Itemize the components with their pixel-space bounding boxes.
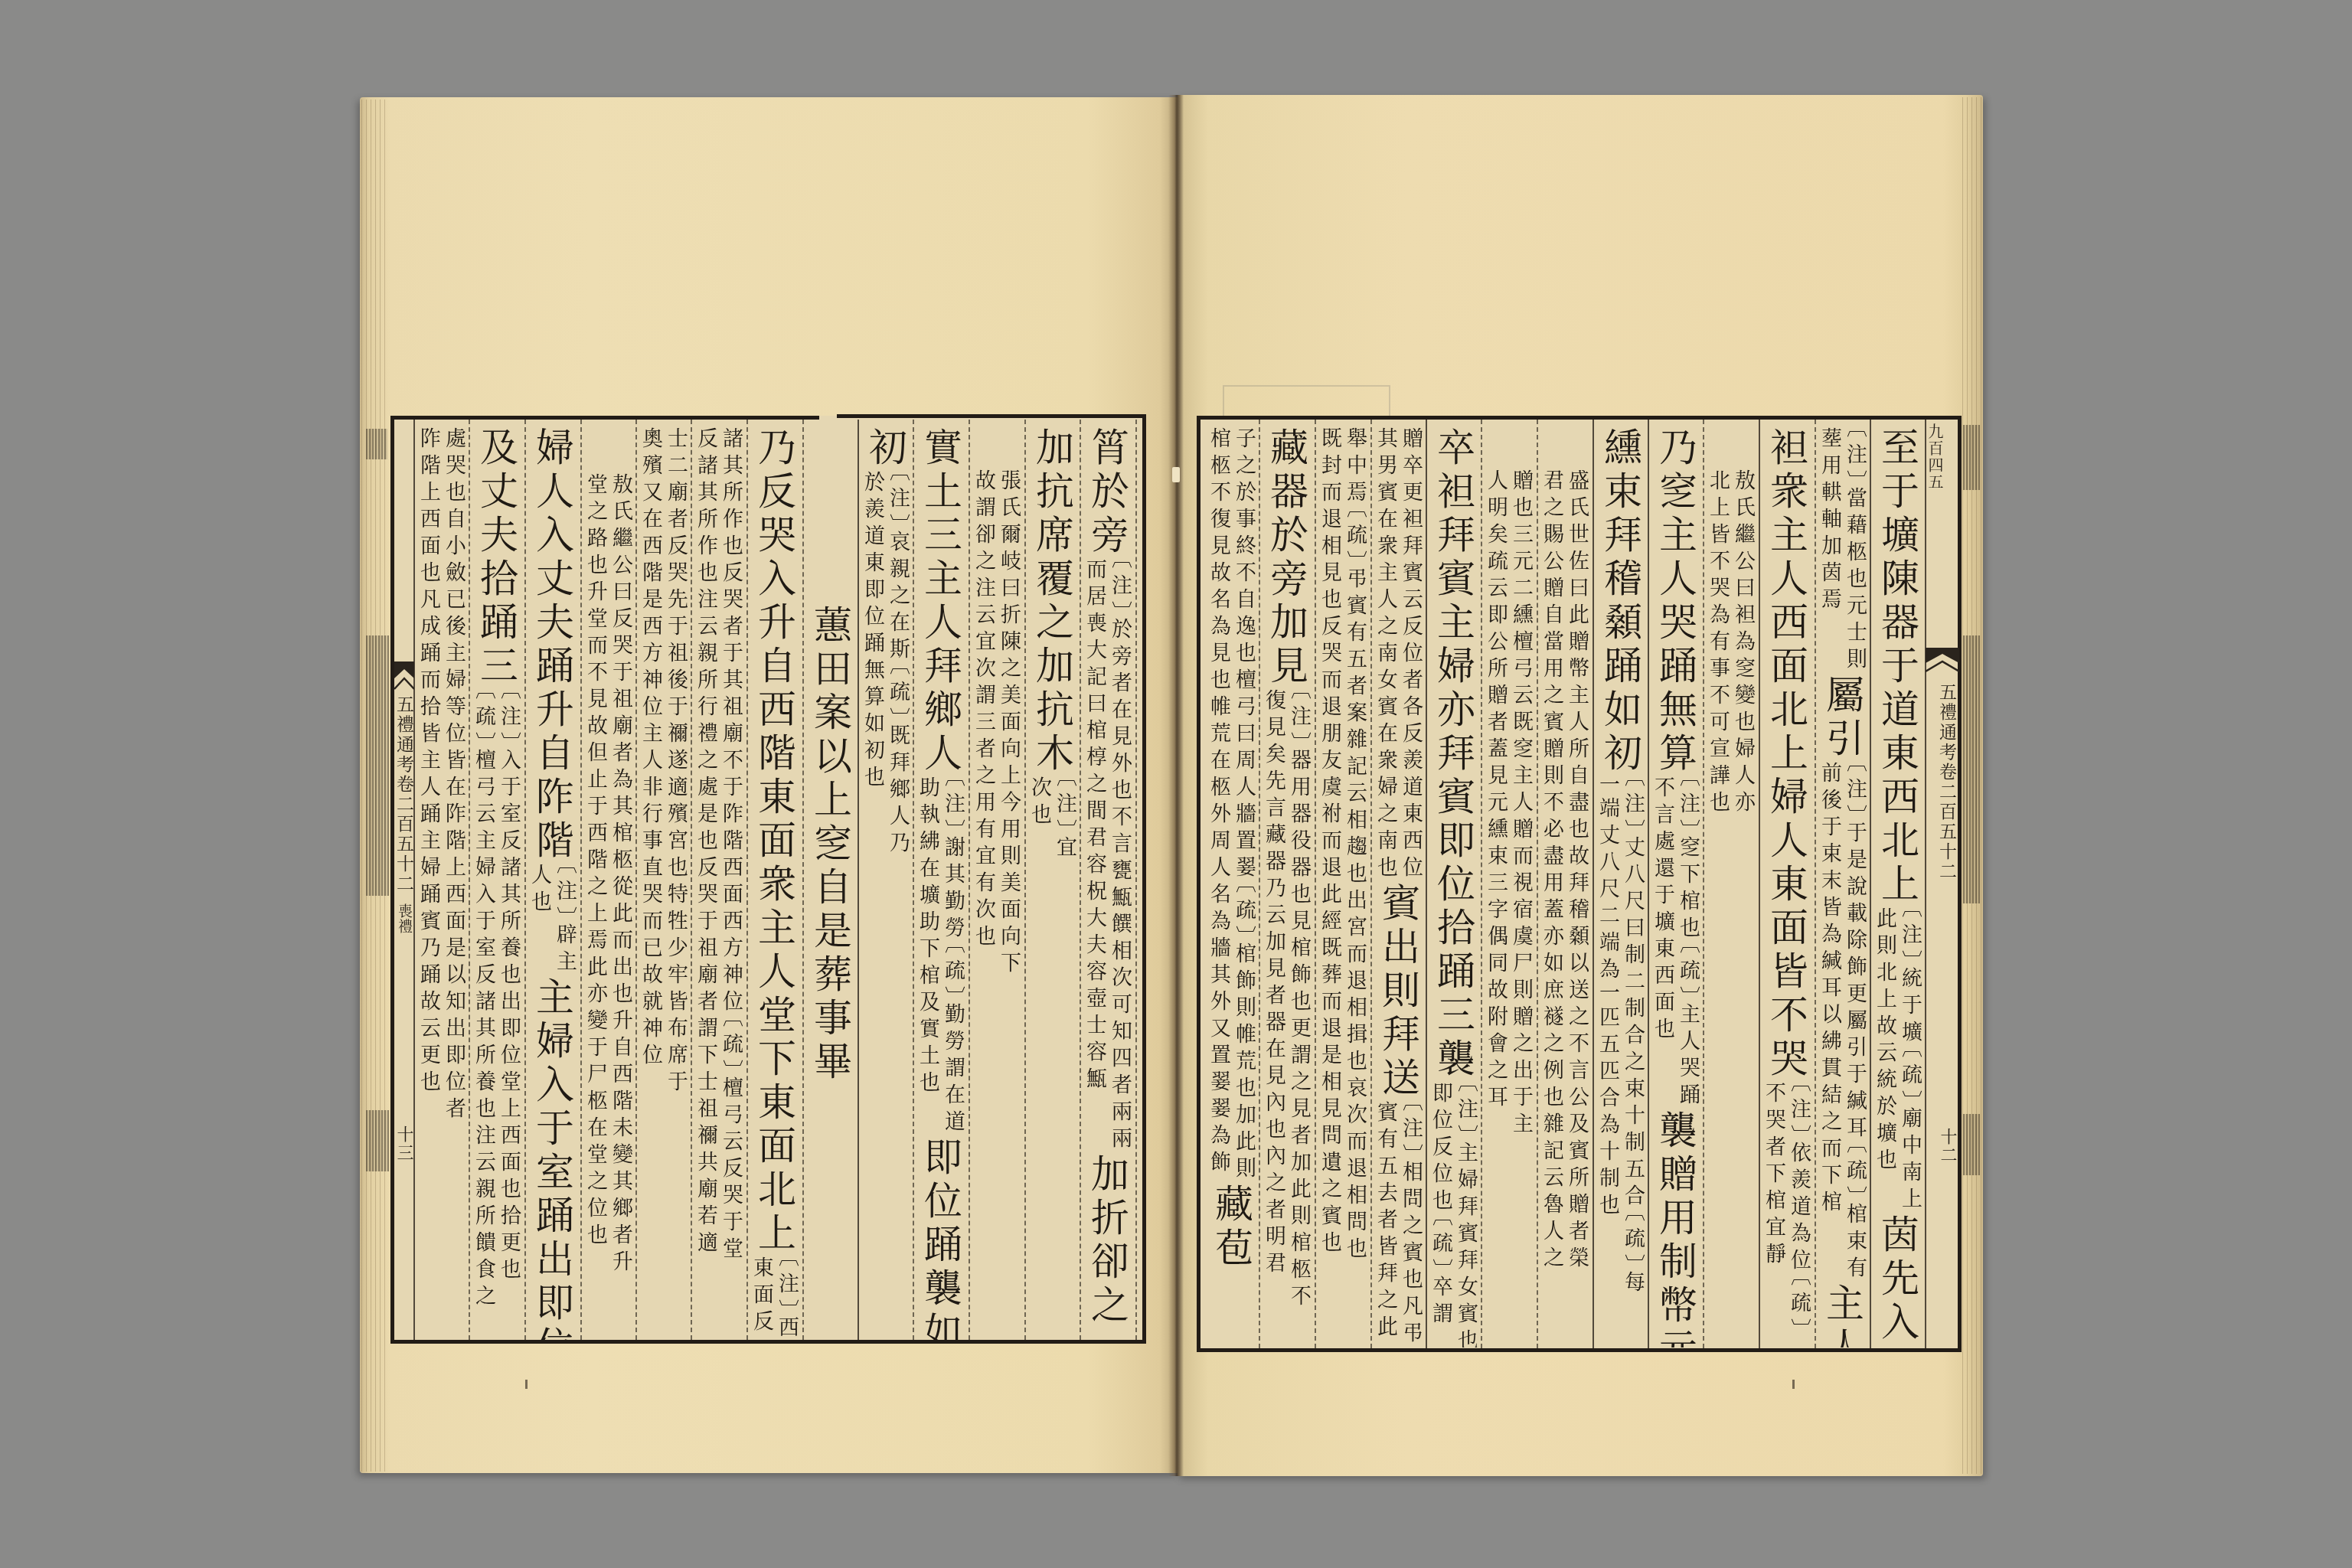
annotation-right-line: 〔注〕謝其勤勞〔疏〕勤勞謂在道 [940,776,965,1137]
main-text: 卒袒拜賓主婦亦拜賓即位拾踊三襲 [1431,427,1475,1082]
main-text: 主人 [1820,1283,1864,1347]
text-column: 卒袒拜賓主婦亦拜賓即位拾踊三襲〔注〕主婦拜賓拜女賓也即位反位也〔疏〕卒謂 [1426,427,1481,1347]
commentary-column: 張氏爾岐曰折陳之美面向上今用則美面向下故謂卻之注云宜次謂三者之用有宜有次也 [969,469,1024,1340]
annotation: 處哭也自小斂已後主婦等位皆在阼階上西面是以知出即位者阼階上西面也凡成踊而拾皆主人… [416,427,466,1124]
main-text: 乃反哭入升自西階東面衆主人堂下東面北上 [752,427,796,1256]
annotation-right-line: 〔注〕西階 [774,1256,799,1340]
main-text: 婦人入丈夫踊升自阼階 [530,427,574,864]
annotation-left-line: 反諸其所作也注云親所行禮之處是也反哭于祖廟者謂下士祖禰共廟若適 [693,427,718,1264]
main-text: 主婦入于室踊出即位 [530,977,574,1340]
annotation: 〔注〕統于壙〔疏〕廟中南上此則北上故云統於壙也 [1872,907,1922,1214]
annotation: 敖氏繼公曰反哭于祖廟者為其棺柩從此而出也升自西階未變其鄉者升堂之路也升堂而不見故… [583,473,633,1277]
annotation: 〔注〕哀親之在斯〔疏〕既拜鄉人乃於羨道東即位踊無算如初也 [860,471,910,858]
commentary-column: 盛氏世佐曰此贈幣主人所自盡也故拜稽顙以送之不言公及賓所贈者榮君之賜公贈自當用之賓… [1537,469,1592,1347]
annotation-right-line: 盛氏世佐曰此贈幣主人所自盡也故拜稽顙以送之不言公及賓所贈者榮 [1564,469,1589,1273]
right-edge-ink-bleed [1963,635,1980,903]
annotation-left-line: 堂之路也升堂而不見故但止于西階之上焉此亦變于尸柩在堂之位也 [583,473,608,1277]
annotation-right-line: 張氏爾岐曰折陳之美面向上今用則美面向下 [996,469,1021,978]
main-text: 實土三主人拜鄉人 [918,427,962,776]
annotation-right-line: 〔注〕入于室反諸其所養也出即位堂上西面也拾更也 [496,689,521,1312]
annotation: 〔注〕相問之賓也凡弔賓有五去者皆拜之此 [1373,1101,1423,1347]
annotation: 贈也三元二纁檀弓云既窆主人贈而視宿虞尸則贈之出于主人明矣疏云即公所贈者蓋見元纁束… [1483,469,1534,1139]
annotation: 贈卒更袒拜賓云反位者各反羨道東西位其男賓在衆主人之南女賓在衆婦之南也 [1373,427,1423,883]
text-column: 纁束拜稽顙踊如初〔注〕丈八尺曰制二制合之束十制五合〔疏〕每一端丈八尺二端為一匹五… [1592,427,1648,1347]
text-column: 處哭也自小斂已後主婦等位皆在阼階上西面是以知出即位者阼階上西面也凡成踊而拾皆主人… [413,427,469,1340]
annotation-left-line: 復見矣先言藏器乃云加見者器在見內也內之者明君 [1261,689,1286,1312]
annotation: 〔注〕入于室反諸其所養也出即位堂上西面也拾更也〔疏〕檀弓云主婦入于室反諸其所養也… [471,689,521,1312]
annotation-right-line: 〔注〕依羨道為位〔疏〕 [1786,1082,1811,1335]
text-column: 及丈夫拾踊三〔注〕入于室反諸其所養也出即位堂上西面也拾更也〔疏〕檀弓云主婦入于室… [469,427,524,1340]
annotation-left-line: 人明矣疏云即公所贈者蓋見元纁束三字偶同故附會之耳 [1483,469,1508,1139]
banxin-top-note: 九百四五 [1926,423,1943,491]
annotation: 〔注〕依羨道為位〔疏〕不哭者下棺宜靜 [1761,1082,1811,1335]
text-column: 實土三主人拜鄉人〔注〕謝其勤勞〔疏〕勤勞謂在道助執紼在壙助下棺及實土也即位踊襲如 [913,427,968,1340]
main-text: 襲贈用制幣元 [1653,1110,1697,1347]
left-edge-ink-bleed [366,1110,389,1171]
annotation: 〔注〕謝其勤勞〔疏〕勤勞謂在道助執紼在壙助下棺及實土也 [915,776,965,1137]
commentary-column: 敖氏繼公曰反哭于祖廟者為其棺柩從此而出也升自西階未變其鄉者升堂之路也升堂而不見故… [580,473,635,1340]
column-rule [1135,420,1137,1340]
text-column: 乃窆主人哭踊無算〔注〕窆下棺也〔疏〕主人哭踊不言處還于壙東西面也襲贈用制幣元 [1648,427,1703,1347]
banxin-title: 五禮通考卷二百五十二 [393,695,413,894]
banxin-leaf-number: 十二 [1935,1128,1958,1165]
annotation-left-line: 即位反位也〔疏〕卒謂 [1428,1082,1453,1347]
annotation-left-line: 君之賜公贈自當用之賓贈則不必盡用蓋亦如庶襚之例也雜記云魯人之 [1539,469,1564,1273]
banxin-leaf-number: 十三 [394,1125,413,1162]
main-text: 筲於旁 [1085,427,1129,558]
main-text: 及丈夫拾踊三 [474,427,518,689]
annotation: 舉中焉〔疏〕弔賓有五者案雜記云相趨也出宮而退相揖也哀次而退相問也既封而退相見也反… [1317,427,1367,1264]
annotation-right-line: 〔注〕器用器役器也見棺飾也更謂之見者加此則棺柩不 [1286,689,1312,1312]
text-column: 〔注〕當藉柩也元士則塟用輁軸加茵焉屬引〔注〕于是說載除飾更屬引于緘耳〔疏〕棺束有… [1815,427,1870,1347]
annotation-right-line: 〔注〕哀親之在斯〔疏〕既拜鄉人乃 [885,471,910,858]
annotation: 〔注〕宜次也 [1027,776,1077,863]
ink-tick [1792,1380,1795,1389]
annotation-right-line: 〔注〕丈八尺曰制二制合之束十制五合〔疏〕每 [1620,776,1645,1298]
editor-remark-text: 蕙田案以上窆自是葬事畢 [808,605,852,1085]
annotation-right-line: 諸其所作也反哭者于其祖廟不于阼階西面西方神位〔疏〕檀弓云反哭于堂 [718,427,743,1264]
right-edge-ink-bleed [1963,425,1980,490]
main-text: 茵先入 [1875,1214,1919,1345]
annotation: 子之於事終不自逸也檀弓曰周人牆置翣〔疏〕棺飾則帷荒也加此則棺柩不復見故名為見也帷… [1206,427,1256,1184]
text-column: 加抗席覆之加抗木〔注〕宜次也 [1024,427,1080,1340]
annotation-left-line: 於羨道東即位踊無算如初也 [860,471,885,858]
annotation-left-line: 助執紼在壙助下棺及實土也 [915,776,940,1137]
show-through-frame [1223,385,1390,417]
annotation-right-line: 舉中焉〔疏〕弔賓有五者案雜記云相趨也出宮而退相揖也哀次而退相問也 [1342,427,1367,1264]
text-column: 贈卒更袒拜賓云反位者各反羨道東西位其男賓在衆主人之南女賓在衆婦之南也賓出則拜送〔… [1370,427,1426,1347]
book-spine-gutter [1168,95,1184,1476]
annotation-right-line: 贈也三元二纁檀弓云既窆主人贈而視宿虞尸則贈之出于主 [1508,469,1534,1139]
annotation-left-line: 賓有五去者皆拜之此 [1373,1101,1398,1347]
text-column: 藏器於旁加見〔注〕器用器役器也見棺飾也更謂之見者加此則棺柩不復見矣先言藏器乃云加… [1259,427,1314,1347]
text-column: 婦人入丈夫踊升自阼階〔注〕辟主人也主婦入于室踊出即位 [524,427,580,1340]
banxin-rule [1925,420,1926,1348]
annotation-right-line: 〔注〕辟主 [552,864,577,977]
text-column: 筲於旁〔注〕於旁者在見外也不言甕甒饌相次可知四者兩兩而居喪大記曰棺椁之間君容柷大… [1080,427,1135,1340]
banxin-title: 五禮通考卷二百五十二 [1935,683,1958,882]
annotation-right-line: 敖氏繼公曰反哭于祖廟者為其棺柩從此而出也升自西階未變其鄉者升 [608,473,633,1277]
text-column: 至于壙陳器于道東西北上〔注〕統于壙〔疏〕廟中南上此則北上故云統於壙也茵先入 [1870,427,1925,1347]
main-text: 纁束拜稽顙踊如初 [1598,427,1642,776]
annotation-left-line: 塟用輁軸加茵焉 [1817,427,1842,675]
annotation: 諸其所作也反哭者于其祖廟不于阼階西面西方神位〔疏〕檀弓云反哭于堂反諸其所作也注云… [693,427,743,1264]
main-text: 藏器於旁加見 [1264,427,1308,689]
left-edge-ink-bleed [366,635,389,896]
annotation-right-line: 子之於事終不自逸也檀弓曰周人牆置翣〔疏〕棺飾則帷荒也加此則 [1231,427,1256,1184]
text-column: 初〔注〕哀親之在斯〔疏〕既拜鄉人乃於羨道東即位踊無算如初也 [857,427,913,1340]
annotation-right-line: 處哭也自小斂已後主婦等位皆在阼階上西面是以知出即位者 [441,427,466,1124]
main-text: 賓出則拜送 [1376,883,1420,1101]
annotation-left-line: 既封而退相見也反哭而退朋友虞祔而退此經既葬而退是相見問遺之賓也 [1317,427,1342,1264]
annotation: 盛氏世佐曰此贈幣主人所自盡也故拜稽顙以送之不言公及賓所贈者榮君之賜公贈自當用之賓… [1539,469,1589,1273]
ink-tick [525,1380,528,1389]
annotation-left-line: 而居喪大記曰棺椁之間君容柷大夫容壺士容甒 [1082,558,1107,1154]
annotation-left-line: 其男賓在衆主人之南女賓在衆婦之南也 [1373,427,1398,883]
annotation-left-line: 不哭者下棺宜靜 [1761,1082,1786,1335]
annotation-right-line: 〔注〕於旁者在見外也不言甕甒饌相次可知四者兩兩 [1107,558,1132,1154]
annotation: 〔注〕于是說載除飾更屬引于緘耳〔疏〕棺束有前後于束末皆為緘耳以紼貫結之而下棺 [1817,762,1867,1283]
main-text: 袒衆主人西面北上婦人東面皆不哭 [1764,427,1808,1082]
annotation-right-line: 〔注〕當藉柩也元士則 [1842,427,1867,675]
annotation-right-line: 〔注〕統于壙〔疏〕廟中南上 [1897,907,1922,1214]
commentary-column: 贈也三元二纁檀弓云既窆主人贈而視宿虞尸則贈之出于主人明矣疏云即公所贈者蓋見元纁束… [1481,469,1536,1347]
annotation-right-line: 士二廟者反哭先于祖後于禰遂適殯宮也特牲少牢皆布席于 [663,427,688,1097]
annotation-left-line: 阼階上西面也凡成踊而拾皆主人踊主婦踊賓乃踊故云更也 [416,427,441,1124]
annotation-left-line: 一端丈八尺二端為一匹五匹合為十制也 [1595,776,1620,1298]
text-column: 士二廟者反哭先于祖後于禰遂適殯宮也特牲少牢皆布席于奧殯又在西階是西方神位主人非行… [635,427,691,1340]
annotation: 〔注〕主婦拜賓拜女賓也即位反位也〔疏〕卒謂 [1428,1082,1478,1347]
text-column: 舉中焉〔疏〕弔賓有五者案雜記云相趨也出宮而退相揖也哀次而退相問也既封而退相見也反… [1315,427,1370,1347]
text-column: 諸其所作也反哭者于其祖廟不于阼階西面西方神位〔疏〕檀弓云反哭于堂反諸其所作也注云… [691,427,746,1340]
annotation-left-line: 前後于束末皆為緘耳以紼貫結之而下棺 [1817,762,1842,1283]
main-text: 即位踊襲如 [918,1137,962,1340]
annotation: 〔注〕西階東面反 [749,1256,799,1340]
main-text: 藏苞 [1209,1184,1253,1271]
annotation-right-line: 〔注〕于是說載除飾更屬引于緘耳〔疏〕棺束有 [1842,762,1867,1283]
annotation-right-line: 〔注〕相問之賓也凡弔 [1398,1101,1423,1347]
text-column: 袒衆主人西面北上婦人東面皆不哭〔注〕依羨道為位〔疏〕不哭者下棺宜靜 [1759,427,1814,1347]
annotation: 士二廟者反哭先于祖後于禰遂適殯宮也特牲少牢皆布席于奧殯又在西階是西方神位主人非行… [638,427,688,1097]
main-text: 至于壙陳器于道東西北上 [1875,427,1919,907]
annotation: 〔注〕辟主人也 [527,864,577,977]
annotation-left-line: 此則北上故云統於壙也 [1872,907,1897,1214]
left-frame-top-border-left [390,416,819,420]
annotation-left-line: 次也 [1027,776,1052,863]
main-text: 屬引 [1820,675,1864,762]
left-edge-ink-bleed [366,429,387,459]
fishtail-icon [1926,648,1959,675]
editor-remark-column: 蕙田案以上窆自是葬事畢 [802,605,857,1340]
annotation: 〔注〕器用器役器也見棺飾也更謂之見者加此則棺柩不復見矣先言藏器乃云加見者器在見內… [1261,689,1312,1312]
annotation-right-line: 〔注〕主婦拜賓拜女賓也 [1453,1082,1478,1347]
annotation-left-line: 東面反 [749,1256,774,1340]
annotation: 〔注〕於旁者在見外也不言甕甒饌相次可知四者兩兩而居喪大記曰棺椁之間君容柷大夫容壺… [1082,558,1132,1154]
annotation: 〔注〕窆下棺也〔疏〕主人哭踊不言處還于壙東西面也 [1650,776,1700,1110]
main-text: 初 [863,427,907,471]
annotation-left-line: 故謂卻之注云宜次謂三者之用有宜有次也 [971,469,996,978]
annotation-right-line: 〔注〕窆下棺也〔疏〕主人哭踊 [1675,776,1700,1110]
annotation-right-line: 贈卒更袒拜賓云反位者各反羨道東西位 [1398,427,1423,883]
main-text: 加抗席覆之加抗木 [1030,427,1074,776]
annotation-left-line: 〔疏〕檀弓云主婦入于室反諸其所養也注云親所饋食之 [471,689,496,1312]
fishtail-icon [394,661,414,694]
main-text: 加折卻之 [1085,1154,1129,1328]
annotation-left-line: 奧殯又在西階是西方神位主人非行事直哭而已故就神位 [638,427,663,1097]
main-text: 乃窆主人哭踊無算 [1653,427,1697,776]
annotation: 〔注〕當藉柩也元士則塟用輁軸加茵焉 [1817,427,1867,675]
right-edge-ink-bleed [1963,1114,1980,1175]
annotation: 張氏爾岐曰折陳之美面向上今用則美面向下故謂卻之注云宜次謂三者之用有宜有次也 [971,469,1021,978]
annotation-right-line: 〔注〕宜 [1052,776,1077,863]
text-column: 乃反哭入升自西階東面衆主人堂下東面北上〔注〕西階東面反 [746,427,802,1340]
annotation-right-line: 敖氏繼公曰袒為窆變也婦人亦 [1730,469,1756,818]
annotation-left-line: 棺柩不復見故名為見也帷荒在柩外周人名為牆其外又置翣翣為飾 [1206,427,1231,1184]
annotation: 敖氏繼公曰袒為窆變也婦人亦北上皆不哭為有事不可宣譁也 [1705,469,1756,818]
annotation: 〔注〕丈八尺曰制二制合之束十制五合〔疏〕每一端丈八尺二端為一匹五匹合為十制也 [1595,776,1645,1298]
annotation-left-line: 人也 [527,864,552,977]
banxin-section: 喪禮 [395,903,413,934]
annotation-left-line: 北上皆不哭為有事不可宣譁也 [1705,469,1730,818]
left-frame-top-border-right [837,414,1146,418]
binding-thread-knot [1172,467,1180,482]
annotation-left-line: 不言處還于壙東西面也 [1650,776,1675,1110]
text-column: 子之於事終不自逸也檀弓曰周人牆置翣〔疏〕棺飾則帷荒也加此則棺柩不復見故名為見也帷… [1204,427,1259,1347]
commentary-column: 敖氏繼公曰袒為窆變也婦人亦北上皆不哭為有事不可宣譁也 [1703,469,1758,1347]
